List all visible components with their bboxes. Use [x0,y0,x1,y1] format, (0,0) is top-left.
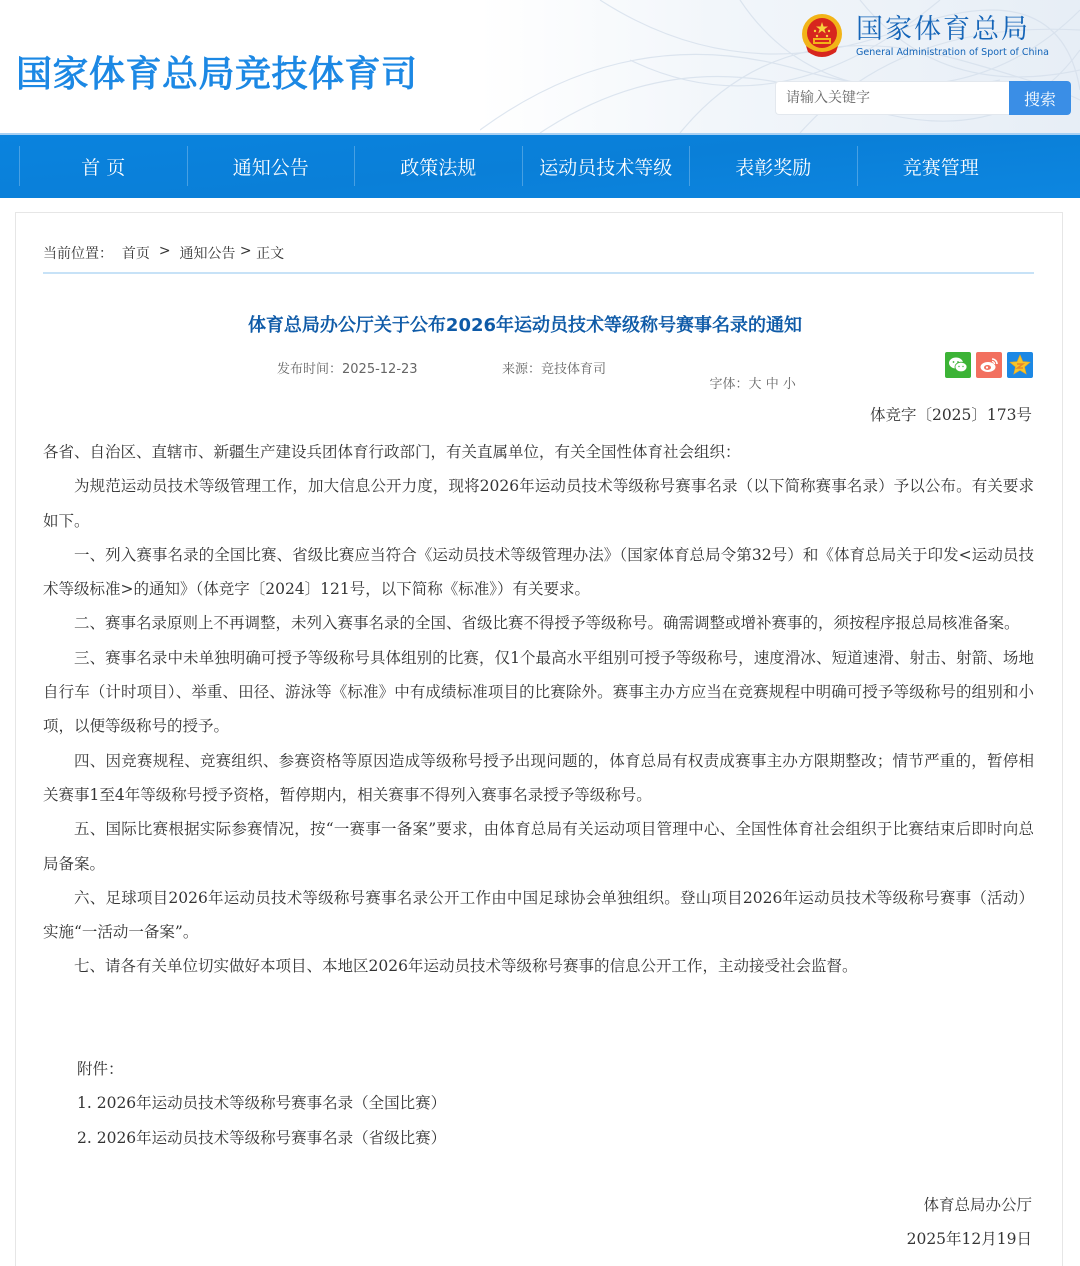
nav-item-athlete-grades[interactable]: 运动员技术等级 [523,135,690,198]
main-nav: 首 页 通知公告 政策法规 运动员技术等级 表彰奖励 竞赛管理 [0,133,1080,198]
share-buttons [945,352,1033,378]
breadcrumb-notices[interactable]: 通知公告 [179,243,235,263]
attachment-2-link[interactable]: 2. 2026年运动员技术等级称号赛事名录（省级比赛） [77,1121,446,1155]
search-input[interactable] [775,81,1009,115]
document-number: 体竞字〔2025〕173号 [870,403,1032,425]
paragraph-1: 一、列入赛事名录的全国比赛、省级比赛应当符合《运动员技术等级管理办法》（国家体育… [43,538,1034,607]
national-emblem-icon [800,12,844,60]
attachments-label: 附件： [77,1052,446,1086]
font-size-small[interactable]: 小 [783,377,796,392]
paragraph-7: 七、请各有关单位切实做好本项目、本地区2026年运动员技术等级称号赛事的信息公开… [43,949,1034,983]
breadcrumb-divider [43,272,1034,274]
signature-date: 2025年12月19日 [907,1222,1032,1256]
site-title[interactable]: 国家体育总局竞技体育司 [16,46,418,97]
font-size-medium[interactable]: 中 [766,377,779,392]
breadcrumb-home[interactable]: 首页 [122,243,150,263]
font-size-control: 字体：大 中 小 [693,358,796,407]
nav-item-home[interactable]: 首 页 [20,135,187,198]
paragraph-6: 六、足球项目2026年运动员技术等级称号赛事名录公开工作由中国足球协会单独组织。… [43,881,1034,950]
breadcrumb: 当前位置： 首页 > 通知公告 > 正文 [43,243,284,263]
brand-logo[interactable]: 国家体育总局 General Administration of Sport o… [800,12,1049,60]
publish-time: 发布时间：2025-12-23 [277,358,418,377]
font-size-large[interactable]: 大 [749,377,762,392]
breadcrumb-separator: > [159,243,171,263]
breadcrumb-current: 正文 [256,243,284,263]
weibo-share-icon[interactable] [976,352,1002,378]
signature-org: 体育总局办公厅 [907,1188,1032,1222]
article-container: 当前位置： 首页 > 通知公告 > 正文 体育总局办公厅关于公布2026年运动员… [15,212,1063,1266]
article-source: 来源：竞技体育司 [502,358,606,377]
paragraph-5: 五、国际比赛根据实际参赛情况，按“一赛事一备案”要求，由体育总局有关运动项目管理… [43,812,1034,881]
qzone-share-icon[interactable] [1007,352,1033,378]
article-body: 各省、自治区、直辖市、新疆生产建设兵团体育行政部门，有关直属单位，有关全国性体育… [43,435,1034,984]
breadcrumb-label: 当前位置： [43,243,113,263]
font-size-label: 字体： [710,377,749,392]
search-button[interactable]: 搜索 [1009,81,1071,115]
breadcrumb-separator: > [240,243,252,263]
paragraph-4: 四、因竞赛规程、竞赛组织、参赛资格等原因造成等级称号授予出现问题的，体育总局有权… [43,744,1034,813]
brand-name-cn: 国家体育总局 [856,13,1049,47]
nav-item-policies[interactable]: 政策法规 [355,135,522,198]
nav-item-notices[interactable]: 通知公告 [188,135,355,198]
salutation: 各省、自治区、直辖市、新疆生产建设兵团体育行政部门，有关直属单位，有关全国性体育… [43,435,1034,469]
nav-item-awards[interactable]: 表彰奖励 [690,135,857,198]
paragraph-2: 二、赛事名录原则上不再调整，未列入赛事名录的全国、省级比赛不得授予等级称号。确需… [43,606,1034,640]
nav-item-competition[interactable]: 竞赛管理 [858,135,1025,198]
paragraph-intro: 为规范运动员技术等级管理工作，加大信息公开力度，现将2026年运动员技术等级称号… [43,469,1034,538]
article-title: 体育总局办公厅关于公布2026年运动员技术等级称号赛事名录的通知 [16,311,1034,337]
brand-name-en: General Administration of Sport of China [856,47,1049,59]
site-header: 国家体育总局竞技体育司 国家体育总局 General Administratio… [0,0,1080,133]
signature: 体育总局办公厅 2025年12月19日 [907,1188,1032,1257]
attachments: 附件： 1. 2026年运动员技术等级称号赛事名录（全国比赛） 2. 2026年… [77,1052,446,1155]
paragraph-3: 三、赛事名录中未单独明确可授予等级称号具体组别的比赛，仅1个最高水平组别可授予等… [43,641,1034,744]
attachment-1-link[interactable]: 1. 2026年运动员技术等级称号赛事名录（全国比赛） [77,1086,446,1120]
wechat-share-icon[interactable] [945,352,971,378]
search-bar: 搜索 [775,81,1071,115]
